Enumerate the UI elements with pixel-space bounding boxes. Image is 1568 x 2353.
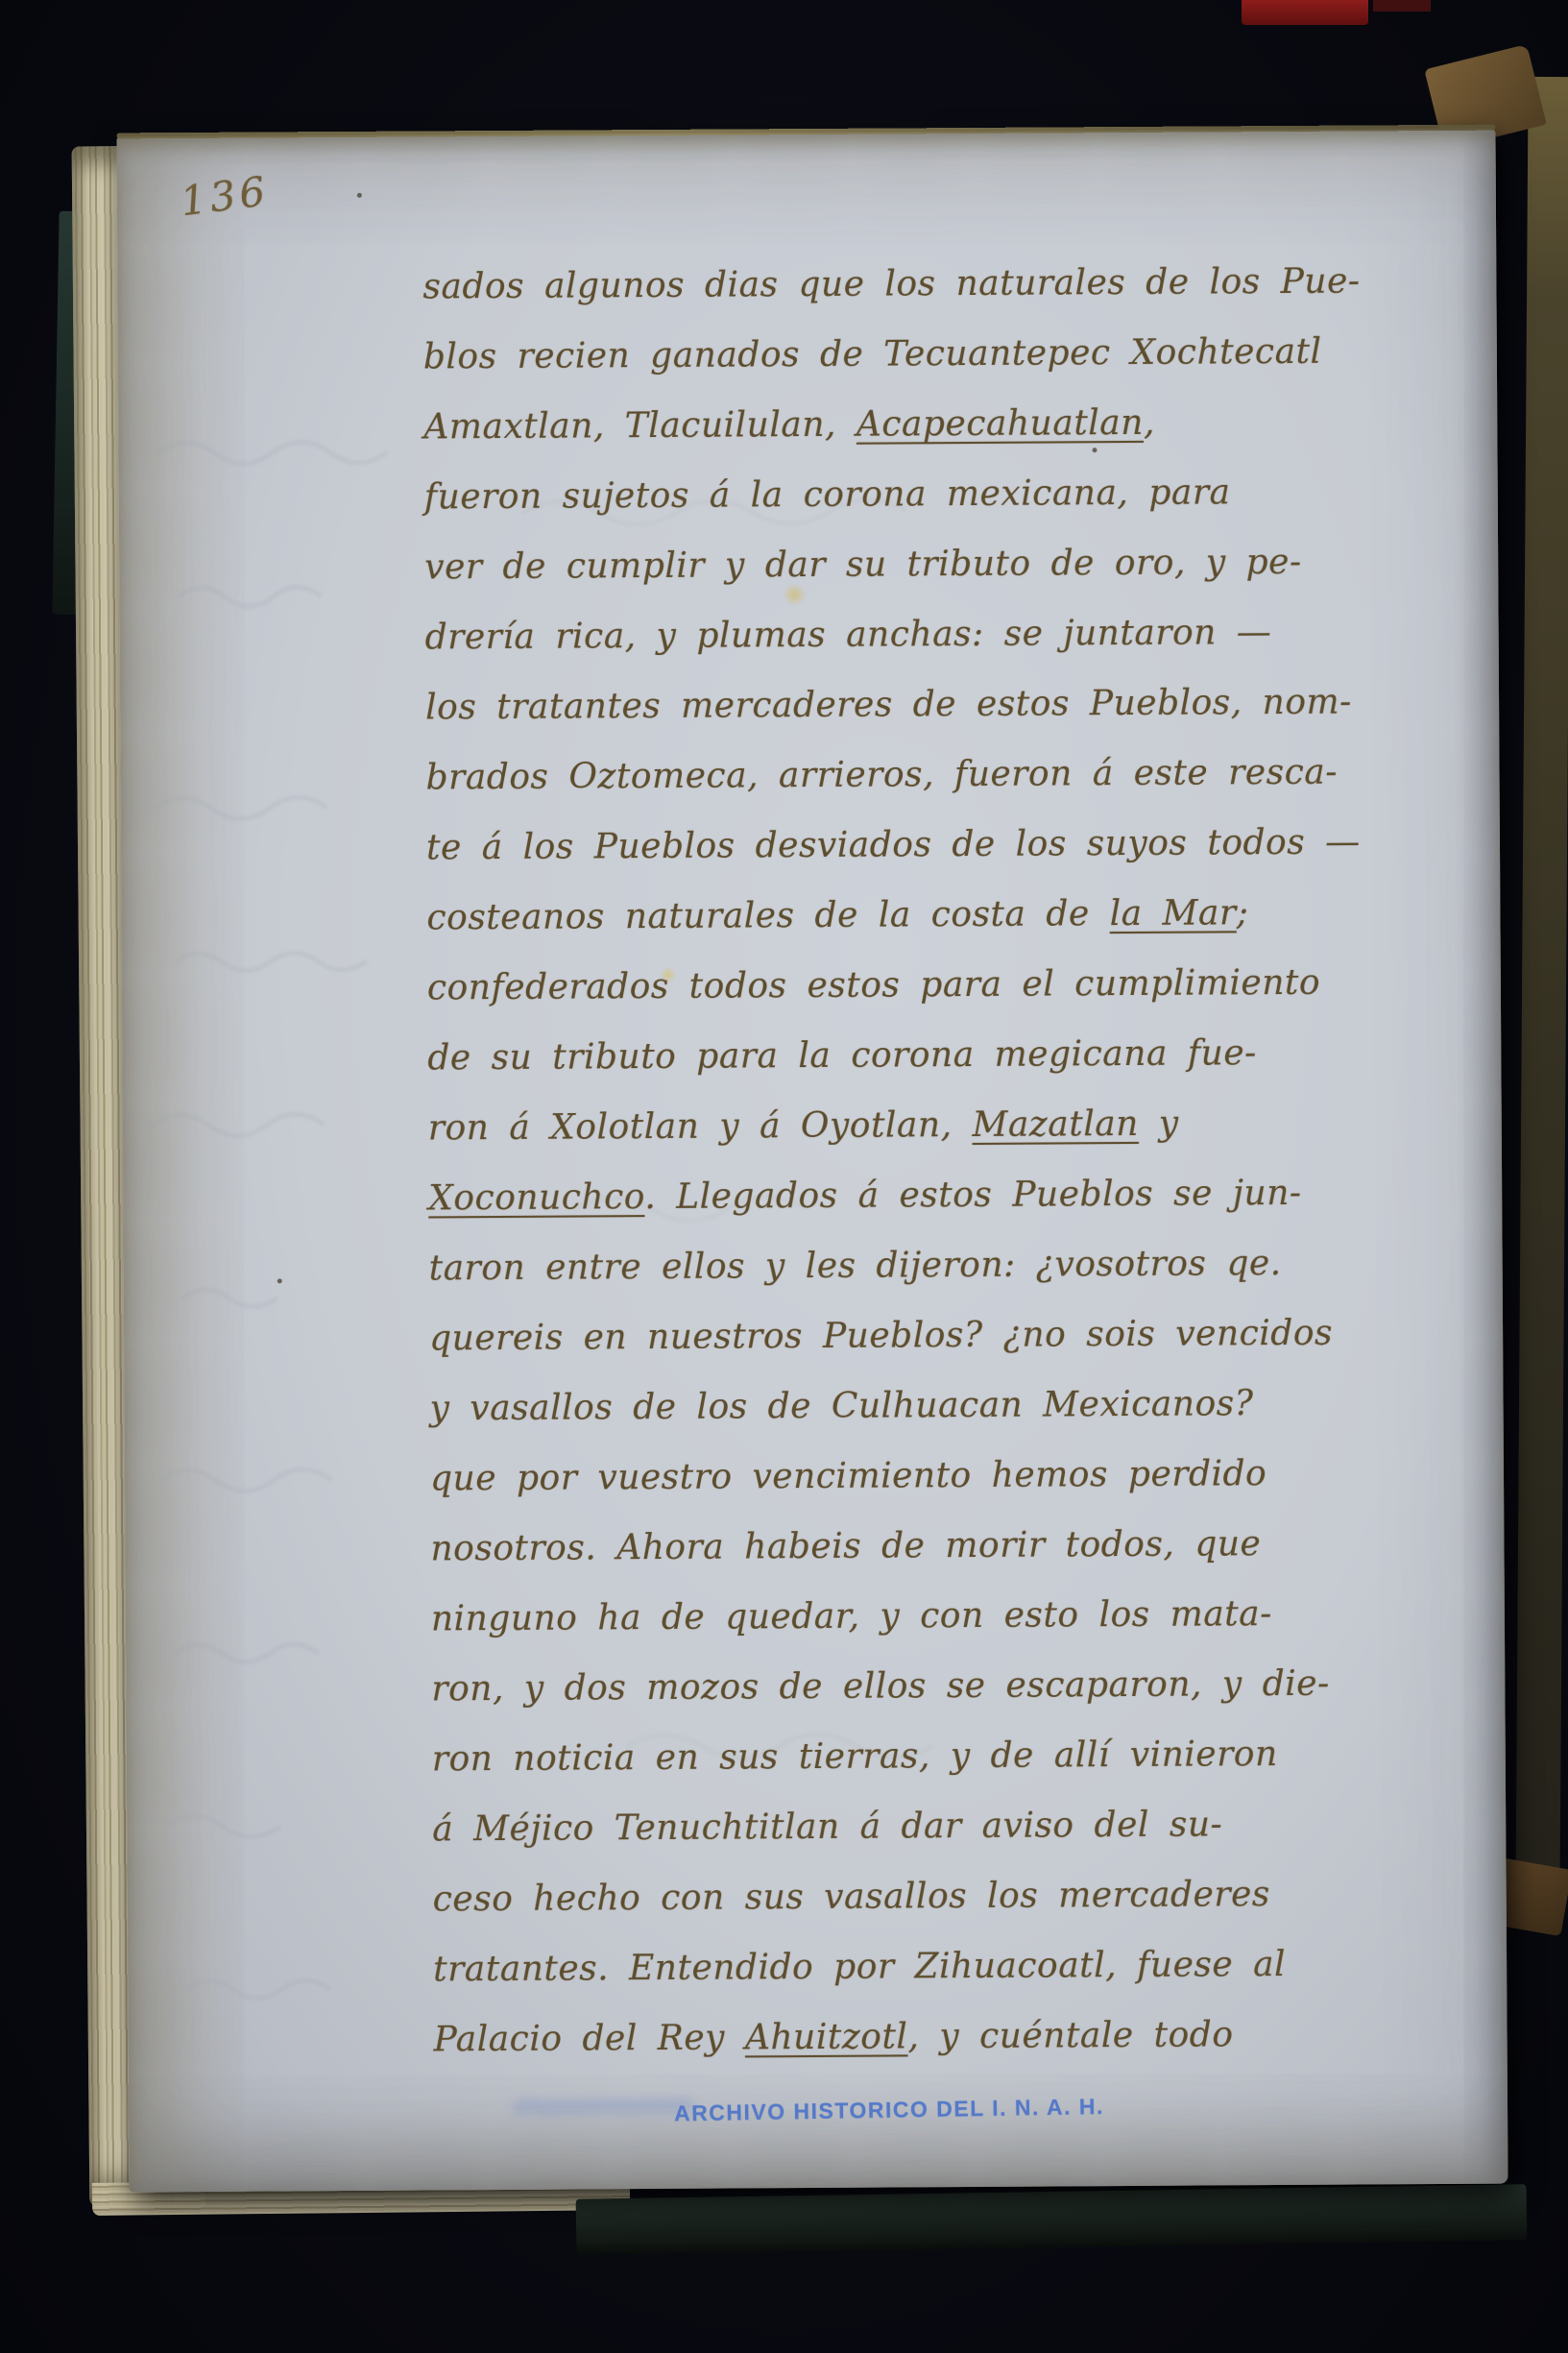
paper-stain <box>782 584 807 605</box>
book-cover-right-edge <box>1515 77 1568 1911</box>
manuscript-line: Amaxtlan, Tlacuilulan, Acapecahuatlan, <box>423 386 1478 463</box>
manuscript-line: ron á Xolotlan y á Oyotlan, Mazatlan y <box>428 1087 1483 1164</box>
manuscript-line: ninguno ha de quedar, y con esto los mat… <box>431 1578 1485 1655</box>
manuscript-line: á Méjico Tenuchtitlan á dar aviso del su… <box>432 1788 1486 1865</box>
manuscript-line: costeanos naturales de la costa de la Ma… <box>426 877 1481 954</box>
manuscript-line: taron entre ellos y les dijeron: ¿vosotr… <box>428 1227 1483 1304</box>
underlined-word: Ahuitzotl <box>745 2017 908 2057</box>
manuscript-line: de su tributo para la corona megicana fu… <box>427 1017 1482 1094</box>
manuscript-line: los tratantes mercaderes de estos Pueblo… <box>425 667 1480 743</box>
manuscript-line: blos recien ganados de Tecuantepec Xocht… <box>423 316 1478 393</box>
paper-speck <box>1092 448 1097 452</box>
faded-stamp-smear <box>513 2098 695 2115</box>
manuscript-line: Palacio del Rey Ahuitzotl, y cuéntale to… <box>433 1999 1487 2075</box>
manuscript-line: tratantes. Entendido por Zihuacoatl, fue… <box>433 1928 1487 2005</box>
manuscript-page: 136 sados algunos dias que los naturales… <box>116 129 1508 2193</box>
manuscript-line: ver de cumplir y dar su tributo de oro, … <box>424 526 1479 603</box>
manuscript-line: drería rica, y plumas anchas: se juntaro… <box>424 596 1479 673</box>
manuscript-line: y vasallos de los de Culhuacan Mexicanos… <box>429 1368 1484 1444</box>
red-spine-fragment <box>1242 0 1368 25</box>
paper-speck <box>357 193 362 198</box>
book-cover-bottom-edge <box>576 2184 1528 2255</box>
manuscript-line: ron noticia en sus tierras, y de allí vi… <box>432 1718 1486 1795</box>
manuscript-line: te á los Pueblos desviados de los suyos … <box>426 807 1481 884</box>
red-spine-fragment-small <box>1373 0 1431 12</box>
underlined-word: Acapecahuatlan <box>856 403 1144 445</box>
manuscript-line: que por vuestro vencimiento hemos perdid… <box>430 1438 1484 1515</box>
manuscript-line: nosotros. Ahora habeis de morir todos, q… <box>430 1508 1484 1585</box>
paper-stain <box>660 967 677 982</box>
photo-background: 136 sados algunos dias que los naturales… <box>0 0 1568 2353</box>
manuscript-line: confederados todos estos para el cumplim… <box>427 947 1482 1024</box>
underlined-word: Xoconuchco <box>428 1177 644 1218</box>
manuscript-line: sados algunos dias que los naturales de … <box>422 246 1477 323</box>
paper-speck <box>277 1278 282 1283</box>
manuscript-line: ceso hecho con sus vasallos los mercader… <box>432 1858 1486 1935</box>
manuscript-line: brados Oztomeca, arrieros, fueron á este… <box>425 737 1480 813</box>
manuscript-line: Xoconuchco. Llegados á estos Pueblos se … <box>428 1157 1483 1234</box>
folio-number: 136 <box>178 167 272 225</box>
manuscript-line: quereis en nuestros Pueblos? ¿no sois ve… <box>429 1298 1484 1374</box>
manuscript-line: fueron sujetos á la corona mexicana, par… <box>424 456 1479 533</box>
underlined-word: la Mar <box>1110 893 1237 934</box>
archive-stamp: ARCHIVO HISTORICO DEL I. N. A. H. <box>674 2093 1135 2126</box>
manuscript-line: ron, y dos mozos de ellos se escaparon, … <box>431 1648 1485 1725</box>
manuscript-text: sados algunos dias que los naturales de … <box>422 246 1488 2075</box>
underlined-word: Mazatlan <box>972 1104 1139 1145</box>
